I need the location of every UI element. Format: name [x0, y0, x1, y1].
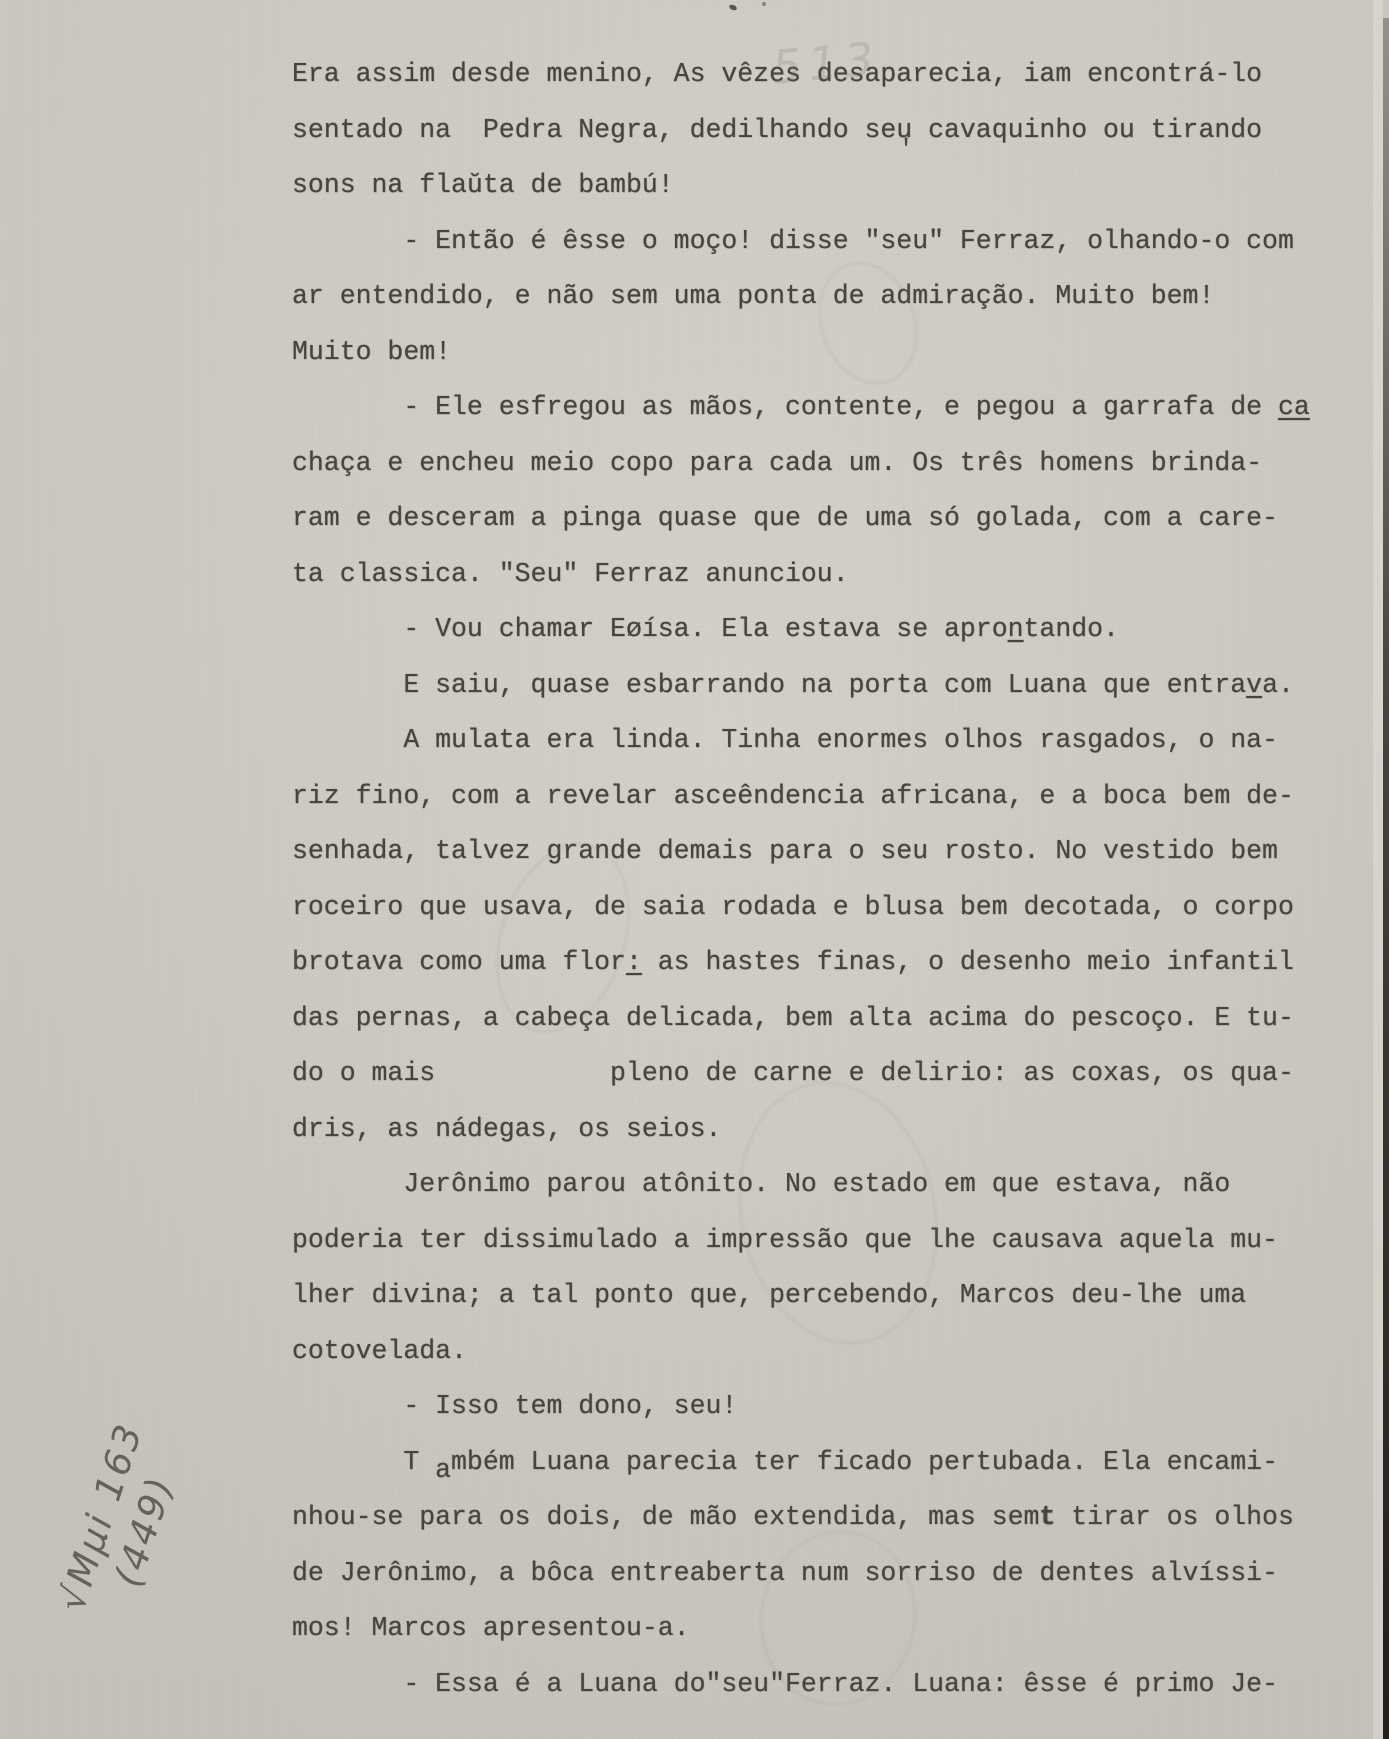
manuscript-page: Era assim desde menino, As vêzes desapar… — [0, 0, 1389, 1739]
text-line: das pernas, a cabeça delicada, bem alta … — [292, 991, 1310, 1047]
handwritten-margin-note: √Mµi 163 (449) — [28, 1353, 217, 1695]
text-line: ar entendido, e não sem uma ponta de adm… — [292, 269, 1310, 325]
ghost-bleedthrough-numerals: 513 — [770, 31, 883, 94]
text-line: senhada, talvez grande demais para o seu… — [292, 824, 1310, 880]
text-line: sons na flaŭta de bambú! — [292, 158, 1310, 214]
ink-speck — [762, 2, 766, 6]
ink-speck — [728, 4, 737, 12]
text-line: - Então é êsse o moço! disse "seu" Ferra… — [292, 214, 1310, 270]
text-line: cotovelada. — [292, 1324, 1310, 1380]
text-line: Muito bem! — [292, 325, 1310, 381]
text-line: - Vou chamar Eøísa. Ela estava se apront… — [292, 602, 1310, 658]
page-edge-highlight — [1373, 0, 1383, 1739]
text-line: E saiu, quase esbarrando na porta com Lu… — [292, 658, 1310, 714]
page-edge-shadow — [1383, 18, 1389, 1739]
text-line: ta classica. "Seu" Ferraz anunciou. — [292, 547, 1310, 603]
text-line: T ambém Luana parecia ter ficado pertuba… — [292, 1435, 1310, 1491]
text-line: brotava como uma flor: as hastes finas, … — [292, 935, 1310, 991]
text-line: - Ele esfregou as mãos, contente, e pego… — [292, 380, 1310, 436]
text-line: - Isso tem dono, seu! — [292, 1379, 1310, 1435]
text-line: ram e desceram a pinga quase que de uma … — [292, 491, 1310, 547]
text-line: nhou-se para os dois, de mão extendida, … — [292, 1490, 1310, 1546]
text-line: roceiro que usava, de saia rodada e blus… — [292, 880, 1310, 936]
text-line: chaça e encheu meio copo para cada um. O… — [292, 436, 1310, 492]
text-line: sentado na Pedra Negra, dedilhando seu c… — [292, 103, 1310, 159]
typewritten-text-block: Era assim desde menino, As vêzes desapar… — [292, 47, 1310, 1712]
text-line: A mulata era linda. Tinha enormes olhos … — [292, 713, 1310, 769]
text-line: riz fino, com a revelar asceêndencia afr… — [292, 769, 1310, 825]
stray-apostrophe-mark: ' — [898, 136, 914, 166]
